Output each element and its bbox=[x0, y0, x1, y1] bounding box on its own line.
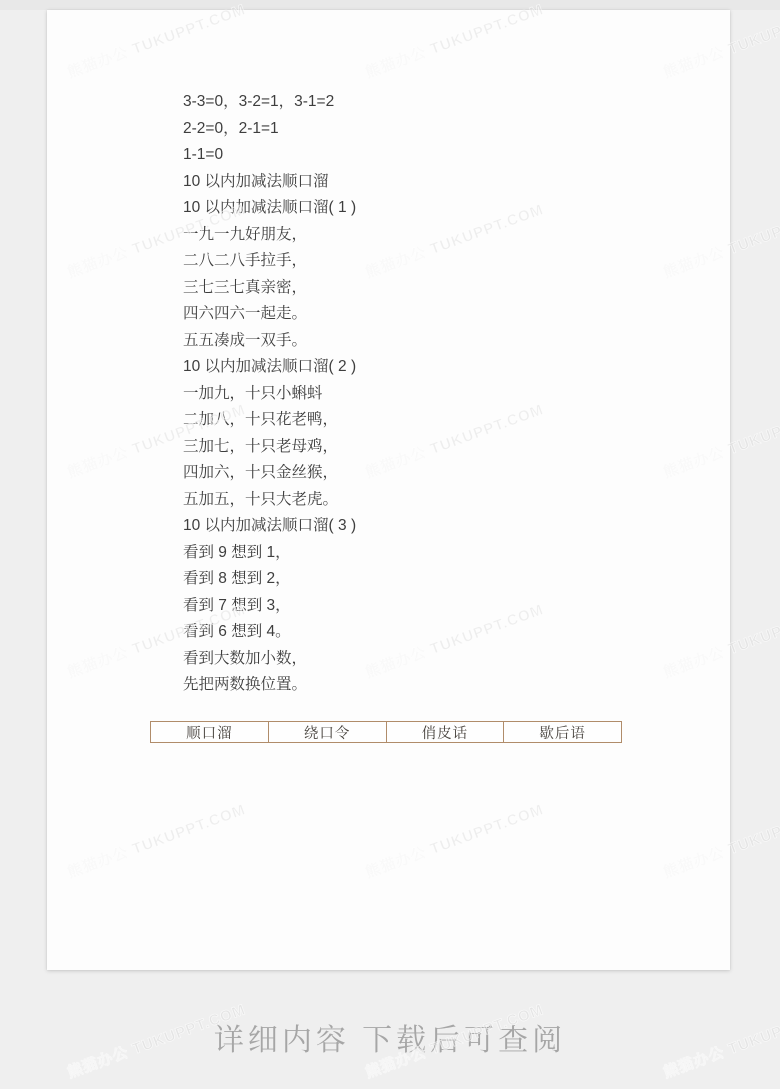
doc-line: 四六四六一起走。 bbox=[183, 301, 356, 328]
category-cell: 俏皮话 bbox=[386, 722, 504, 742]
category-cell: 绕口令 bbox=[268, 722, 386, 742]
doc-line: 四加六，十只金丝猴， bbox=[183, 460, 356, 487]
doc-line: 10 以内加减法顺口溜( 1 ) bbox=[183, 195, 356, 222]
doc-line: 10 以内加减法顺口溜( 2 ) bbox=[183, 354, 356, 381]
doc-line: 看到 8 想到 2， bbox=[183, 566, 356, 593]
doc-line: 二加八，十只花老鸭， bbox=[183, 407, 356, 434]
category-table: 顺口溜绕口令俏皮话歇后语 bbox=[150, 721, 622, 743]
doc-line: 2-2=0，2-1=1 bbox=[183, 116, 356, 143]
document-body-text: 3-3=0，3-2=1，3-1=22-2=0，2-1=11-1=010 以内加减… bbox=[183, 89, 356, 699]
category-cell: 歇后语 bbox=[503, 722, 621, 742]
doc-line: 看到 7 想到 3， bbox=[183, 593, 356, 620]
doc-line: 一加九，十只小蝌蚪 bbox=[183, 381, 356, 408]
top-strip bbox=[0, 0, 780, 10]
doc-line: 看到 9 想到 1， bbox=[183, 540, 356, 567]
doc-line: 一九一九好朋友， bbox=[183, 222, 356, 249]
doc-line: 三加七，十只老母鸡， bbox=[183, 434, 356, 461]
document-page: 3-3=0，3-2=1，3-1=22-2=0，2-1=11-1=010 以内加减… bbox=[47, 10, 730, 970]
doc-line: 3-3=0，3-2=1，3-1=2 bbox=[183, 89, 356, 116]
doc-line: 五加五，十只大老虎。 bbox=[183, 487, 356, 514]
doc-line: 先把两数换位置。 bbox=[183, 672, 356, 699]
doc-line: 二八二八手拉手， bbox=[183, 248, 356, 275]
download-hint-text: 详细内容 下载后可查阅 bbox=[0, 1022, 780, 1060]
doc-line: 看到大数加小数， bbox=[183, 646, 356, 673]
doc-line: 三七三七真亲密， bbox=[183, 275, 356, 302]
doc-line: 10 以内加减法顺口溜( 3 ) bbox=[183, 513, 356, 540]
category-cell: 顺口溜 bbox=[151, 722, 268, 742]
doc-line: 五五凑成一双手。 bbox=[183, 328, 356, 355]
doc-line: 1-1=0 bbox=[183, 142, 356, 169]
doc-line: 看到 6 想到 4。 bbox=[183, 619, 356, 646]
doc-line: 10 以内加减法顺口溜 bbox=[183, 169, 356, 196]
